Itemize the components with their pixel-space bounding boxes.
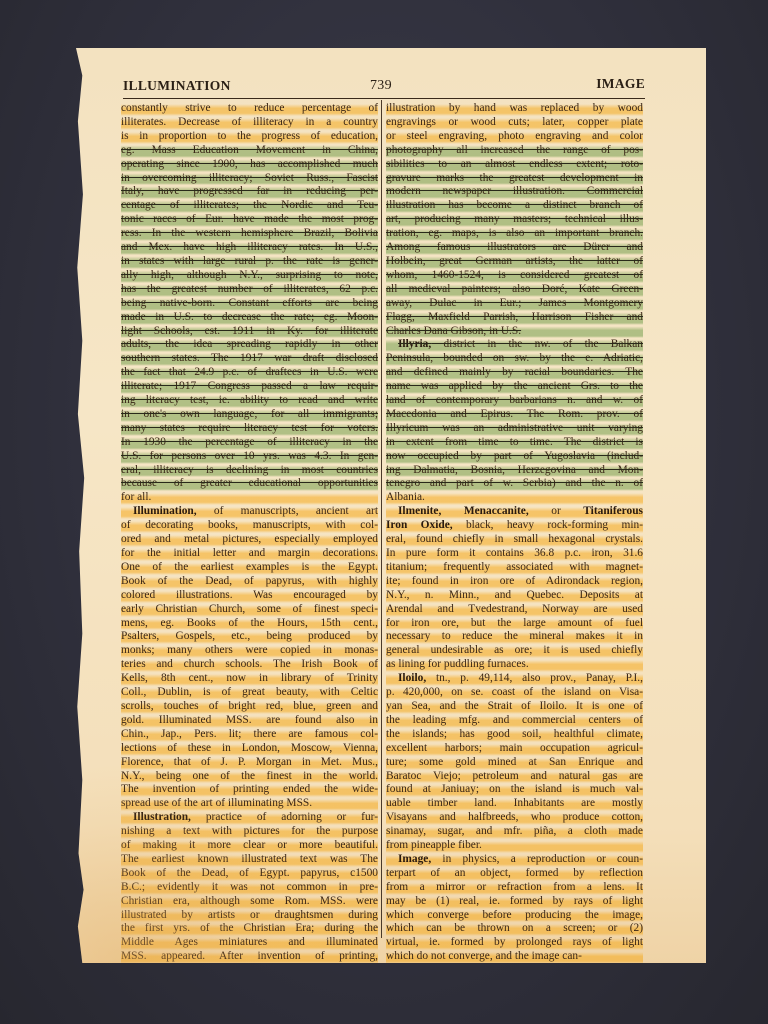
text-line: ture; some gold mined at San Enrique and xyxy=(386,756,643,770)
column-divider xyxy=(381,100,382,938)
text-line: In pure form it contains 36.8 p.c. iron,… xyxy=(386,547,643,561)
text-line: the fact that 24.9 p.c. of draftees in U… xyxy=(121,366,378,380)
text-line: illiterate; 1917 Congress passed a law r… xyxy=(121,380,378,394)
text-line: terpart of an object, formed by reflecti… xyxy=(386,867,643,881)
text-line: centage of illiterates; the Nordic and T… xyxy=(121,199,378,213)
text-line: photography all increased the range of p… xyxy=(386,144,643,158)
text-line: land of contemporary barbarians n. and w… xyxy=(386,394,643,408)
text-line: name was applied by the ancient Grs. to … xyxy=(386,380,643,394)
text-line: all medieval painters; also Doré, Kate G… xyxy=(386,283,643,297)
text-line: because of greater educational opportuni… xyxy=(121,477,378,491)
text-line: nishing a text with pictures for the pur… xyxy=(121,825,378,839)
text-line: and Mex. have high illiteracy rates. In … xyxy=(121,241,378,255)
text-line: tenegro and part of w. Serbia) and the n… xyxy=(386,477,643,491)
right-column: illustration by hand was replaced by woo… xyxy=(386,102,643,964)
entry-headword: Titaniferous xyxy=(583,505,643,517)
text-line: Visayans and halfbreeds, who produce cot… xyxy=(386,811,643,825)
text-line: is in proportion to the progress of educ… xyxy=(121,130,378,144)
text-line: spread use of the art of illuminating MS… xyxy=(121,797,378,811)
entry-headword: Illumination, xyxy=(133,505,197,517)
text-line: illustrated by artists or draughtsmen du… xyxy=(121,909,378,923)
text-line: N.Y., being one of the finest in the wor… xyxy=(121,770,378,784)
text-line: being native-born. Constant efforts are … xyxy=(121,297,378,311)
text-line: Chin., Jap., Pers. lit; there are famous… xyxy=(121,728,378,742)
text-line: in extent from time to time. The distric… xyxy=(386,436,643,450)
text-line: which converge before producing the imag… xyxy=(386,909,643,923)
text-line: Book of the Dead, of Egypt. papyrus, c15… xyxy=(121,867,378,881)
text-line: modern newspaper illustration. Commercia… xyxy=(386,185,643,199)
text-line: eg. Mass Education Movement in China, xyxy=(121,144,378,158)
text-line: ally high, although N.Y., surprising to … xyxy=(121,269,378,283)
text-line: The earliest known illustrated text was … xyxy=(121,853,378,867)
entry-headword: Iron Oxide, xyxy=(386,519,453,531)
text-line: or steel engraving, photo engraving and … xyxy=(386,130,643,144)
text-line: illustration has become a distinct branc… xyxy=(386,199,643,213)
text-line: necessary to reduce the mineral makes it… xyxy=(386,630,643,644)
text-line: Christian era, although some Rom. MSS. w… xyxy=(121,895,378,909)
text-line: ing Dalmatia, Bosnia, Herzegovina and Mo… xyxy=(386,464,643,478)
text-line: Macedonia and Epirus. The Rom. prov. of xyxy=(386,408,643,422)
text-line: In 1930 the percentage of illiteracy in … xyxy=(121,436,378,450)
text-line: The invention of printing ended the wide… xyxy=(121,783,378,797)
text-line: Illumination, of manuscripts, ancient ar… xyxy=(121,505,378,519)
text-line: and defined mainly by racial boundaries.… xyxy=(386,366,643,380)
text-line: Among famous illustrators are Dürer and xyxy=(386,241,643,255)
text-line: lections of these in London, Moscow, Vie… xyxy=(121,742,378,756)
text-line: constantly strive to reduce percentage o… xyxy=(121,102,378,116)
text-line: the leading mfg. and commercial centers … xyxy=(386,714,643,728)
dictionary-page: ILLUMINATION 739 IMAGE constantly strive… xyxy=(76,48,706,963)
text-line: general undesirable as ore; it is used c… xyxy=(386,644,643,658)
text-line: p. 420,000, on se. coast of the island o… xyxy=(386,686,643,700)
text-line: gold. Illuminated MSS. are found also in xyxy=(121,714,378,728)
text-line: Illyria, district in the nw. of the Balk… xyxy=(386,338,643,352)
text-line: eral, found chiefly in small hexagonal c… xyxy=(386,533,643,547)
text-line: Florence, that of J. P. Morgan in Met. M… xyxy=(121,756,378,770)
text-line: operating since 1900, has accomplished m… xyxy=(121,158,378,172)
text-line: of making it more clear or more beautifu… xyxy=(121,839,378,853)
text-line: light Schools, est. 1911 in Ky. for illi… xyxy=(121,325,378,339)
text-line: for the initial letter and margin decora… xyxy=(121,547,378,561)
text-line: MSS. appeared. After invention of printi… xyxy=(121,950,378,964)
text-line: for all. xyxy=(121,491,378,505)
text-line: now occupied by part of Yugoslavia (incl… xyxy=(386,450,643,464)
text-line: many states require literacy test for vo… xyxy=(121,422,378,436)
text-line: as lining for puddling furnaces. xyxy=(386,658,643,672)
text-line: Arendal and Tvedestrand, Norway are used xyxy=(386,603,643,617)
text-line: for iron ore, but the large amount of fu… xyxy=(386,617,643,631)
text-line: Iloilo, tn., p. 49,114, also prov., Pana… xyxy=(386,672,643,686)
entry-headword: Image, xyxy=(398,853,431,865)
text-line: tonic races of Eur. have made the most p… xyxy=(121,213,378,227)
text-line: U.S. for persons over 10 yrs. was 4.3. I… xyxy=(121,450,378,464)
text-line: from a mirror or refraction from a lens.… xyxy=(386,881,643,895)
entry-headword: Illyria, xyxy=(398,338,431,350)
text-line: virtual, ie. formed by prolonged rays of… xyxy=(386,936,643,950)
text-line: may be (1) real, ie. formed by rays of l… xyxy=(386,895,643,909)
text-line: made in U.S. to decrease the rate; eg. M… xyxy=(121,311,378,325)
text-line: whom, 1460-1524, is considered greatest … xyxy=(386,269,643,283)
text-line: the islands; has good soil, healthful cl… xyxy=(386,728,643,742)
header-guide-word-left: ILLUMINATION xyxy=(123,78,231,94)
text-line: early Christian Church, some of finest s… xyxy=(121,603,378,617)
entry-headword: Ilmenite, Menaccanite, xyxy=(398,505,529,517)
text-line: the first yrs. of the Christian Era; dur… xyxy=(121,922,378,936)
text-line: Illyricum was an administrative unit var… xyxy=(386,422,643,436)
text-line: southern states. The 1917 war draft disc… xyxy=(121,352,378,366)
text-line: art, producing many masters; technical i… xyxy=(386,213,643,227)
text-line: in states with large rural p. the rate i… xyxy=(121,255,378,269)
text-line: Iron Oxide, black, heavy rock-forming mi… xyxy=(386,519,643,533)
text-line: Baratoc Viejo; petroleum and natural gas… xyxy=(386,770,643,784)
text-line: gravure marks the greatest development i… xyxy=(386,172,643,186)
text-line: titanium; frequently associated with mag… xyxy=(386,561,643,575)
text-line: uable timber land. Inhabitants are mostl… xyxy=(386,797,643,811)
text-line: adults, the idea spreading rapidly in ot… xyxy=(121,338,378,352)
text-line: N.Y., n. Minn., and Quebec. Deposits at xyxy=(386,589,643,603)
text-line: away, Dulac in Eur.; James Montgomery xyxy=(386,297,643,311)
text-line: illustration by hand was replaced by woo… xyxy=(386,102,643,116)
text-line: which do not converge, and the image can… xyxy=(386,950,643,964)
text-line: illiterates. Decrease of illiteracy in a… xyxy=(121,116,378,130)
text-line: in one's own language, for all immigrant… xyxy=(121,408,378,422)
text-line: excellent harbors; main occupation agric… xyxy=(386,742,643,756)
text-line: Middle Ages miniatures and illuminated xyxy=(121,936,378,950)
text-line: sibilities to an almost endless extent; … xyxy=(386,158,643,172)
text-line: Flagg, Maxfield Parrish, Harrison Fisher… xyxy=(386,311,643,325)
text-line: colored illustrations. Was encouraged by xyxy=(121,589,378,603)
text-line: Ilmenite, Menaccanite, or Titaniferous xyxy=(386,505,643,519)
text-line: Psalters, Gospels, etc., being produced … xyxy=(121,630,378,644)
entry-headword: Illustration, xyxy=(133,811,191,823)
text-line: monks; many others were copied in monas- xyxy=(121,644,378,658)
text-line: of decorating books, manuscripts, with c… xyxy=(121,519,378,533)
text-line: Italy, have progressed far in reducing p… xyxy=(121,185,378,199)
text-line: Image, in physics, a reproduction or cou… xyxy=(386,853,643,867)
text-line: engravings or wood cuts; later, copper p… xyxy=(386,116,643,130)
text-line: ing literacy test, ie. ability to read a… xyxy=(121,394,378,408)
text-line: in overcoming illiteracy; Soviet Russ., … xyxy=(121,172,378,186)
text-line: Kells, 8th cent., now in library of Trin… xyxy=(121,672,378,686)
text-line: Illustration, practice of adorning or fu… xyxy=(121,811,378,825)
text-line: scrolls, touches of bright red, blue, gr… xyxy=(121,700,378,714)
text-line: from pineapple fiber. xyxy=(386,839,643,853)
text-line: One of the earliest examples is the Egyp… xyxy=(121,561,378,575)
page-number: 739 xyxy=(370,78,392,94)
text-line: ored and metal pictures, especially empl… xyxy=(121,533,378,547)
page-header: ILLUMINATION 739 IMAGE xyxy=(123,78,645,99)
text-line: ress. In the western hemisphere Brazil, … xyxy=(121,227,378,241)
text-line: yan Sea, and the Strait of Iloilo. It is… xyxy=(386,700,643,714)
text-line: sinamay, sugar, and mfr. piña, a cloth m… xyxy=(386,825,643,839)
text-line: Peninsula, bounded on sw. by the e. Adri… xyxy=(386,352,643,366)
entry-headword: Iloilo, xyxy=(398,672,426,684)
text-line: eral, illiteracy is declining in most co… xyxy=(121,464,378,478)
text-line: Charles Dana Gibson, in U.S. xyxy=(386,325,643,339)
text-line: found at Janiuay; on the island is much … xyxy=(386,783,643,797)
text-line: Book of the Dead, of papyrus, with highl… xyxy=(121,575,378,589)
text-line: Coll., Dublin, is of great beauty, with … xyxy=(121,686,378,700)
text-line: has the greatest number of illiterates, … xyxy=(121,283,378,297)
left-column: constantly strive to reduce percentage o… xyxy=(121,102,378,964)
header-guide-word-right: IMAGE xyxy=(596,76,645,92)
text-line: tration, eg. maps, is also an important … xyxy=(386,227,643,241)
text-line: ite; found in iron ore of Adirondack reg… xyxy=(386,575,643,589)
text-line: mens, eg. Books of the Hours, 15th cent.… xyxy=(121,617,378,631)
text-line: Albania. xyxy=(386,491,643,505)
text-line: B.C.; evidently it was not common in pre… xyxy=(121,881,378,895)
text-line: which can be thrown on a screen; or (2) xyxy=(386,922,643,936)
text-line: Holbein, great German artists, the latte… xyxy=(386,255,643,269)
text-line: teries and church schools. The Irish Boo… xyxy=(121,658,378,672)
